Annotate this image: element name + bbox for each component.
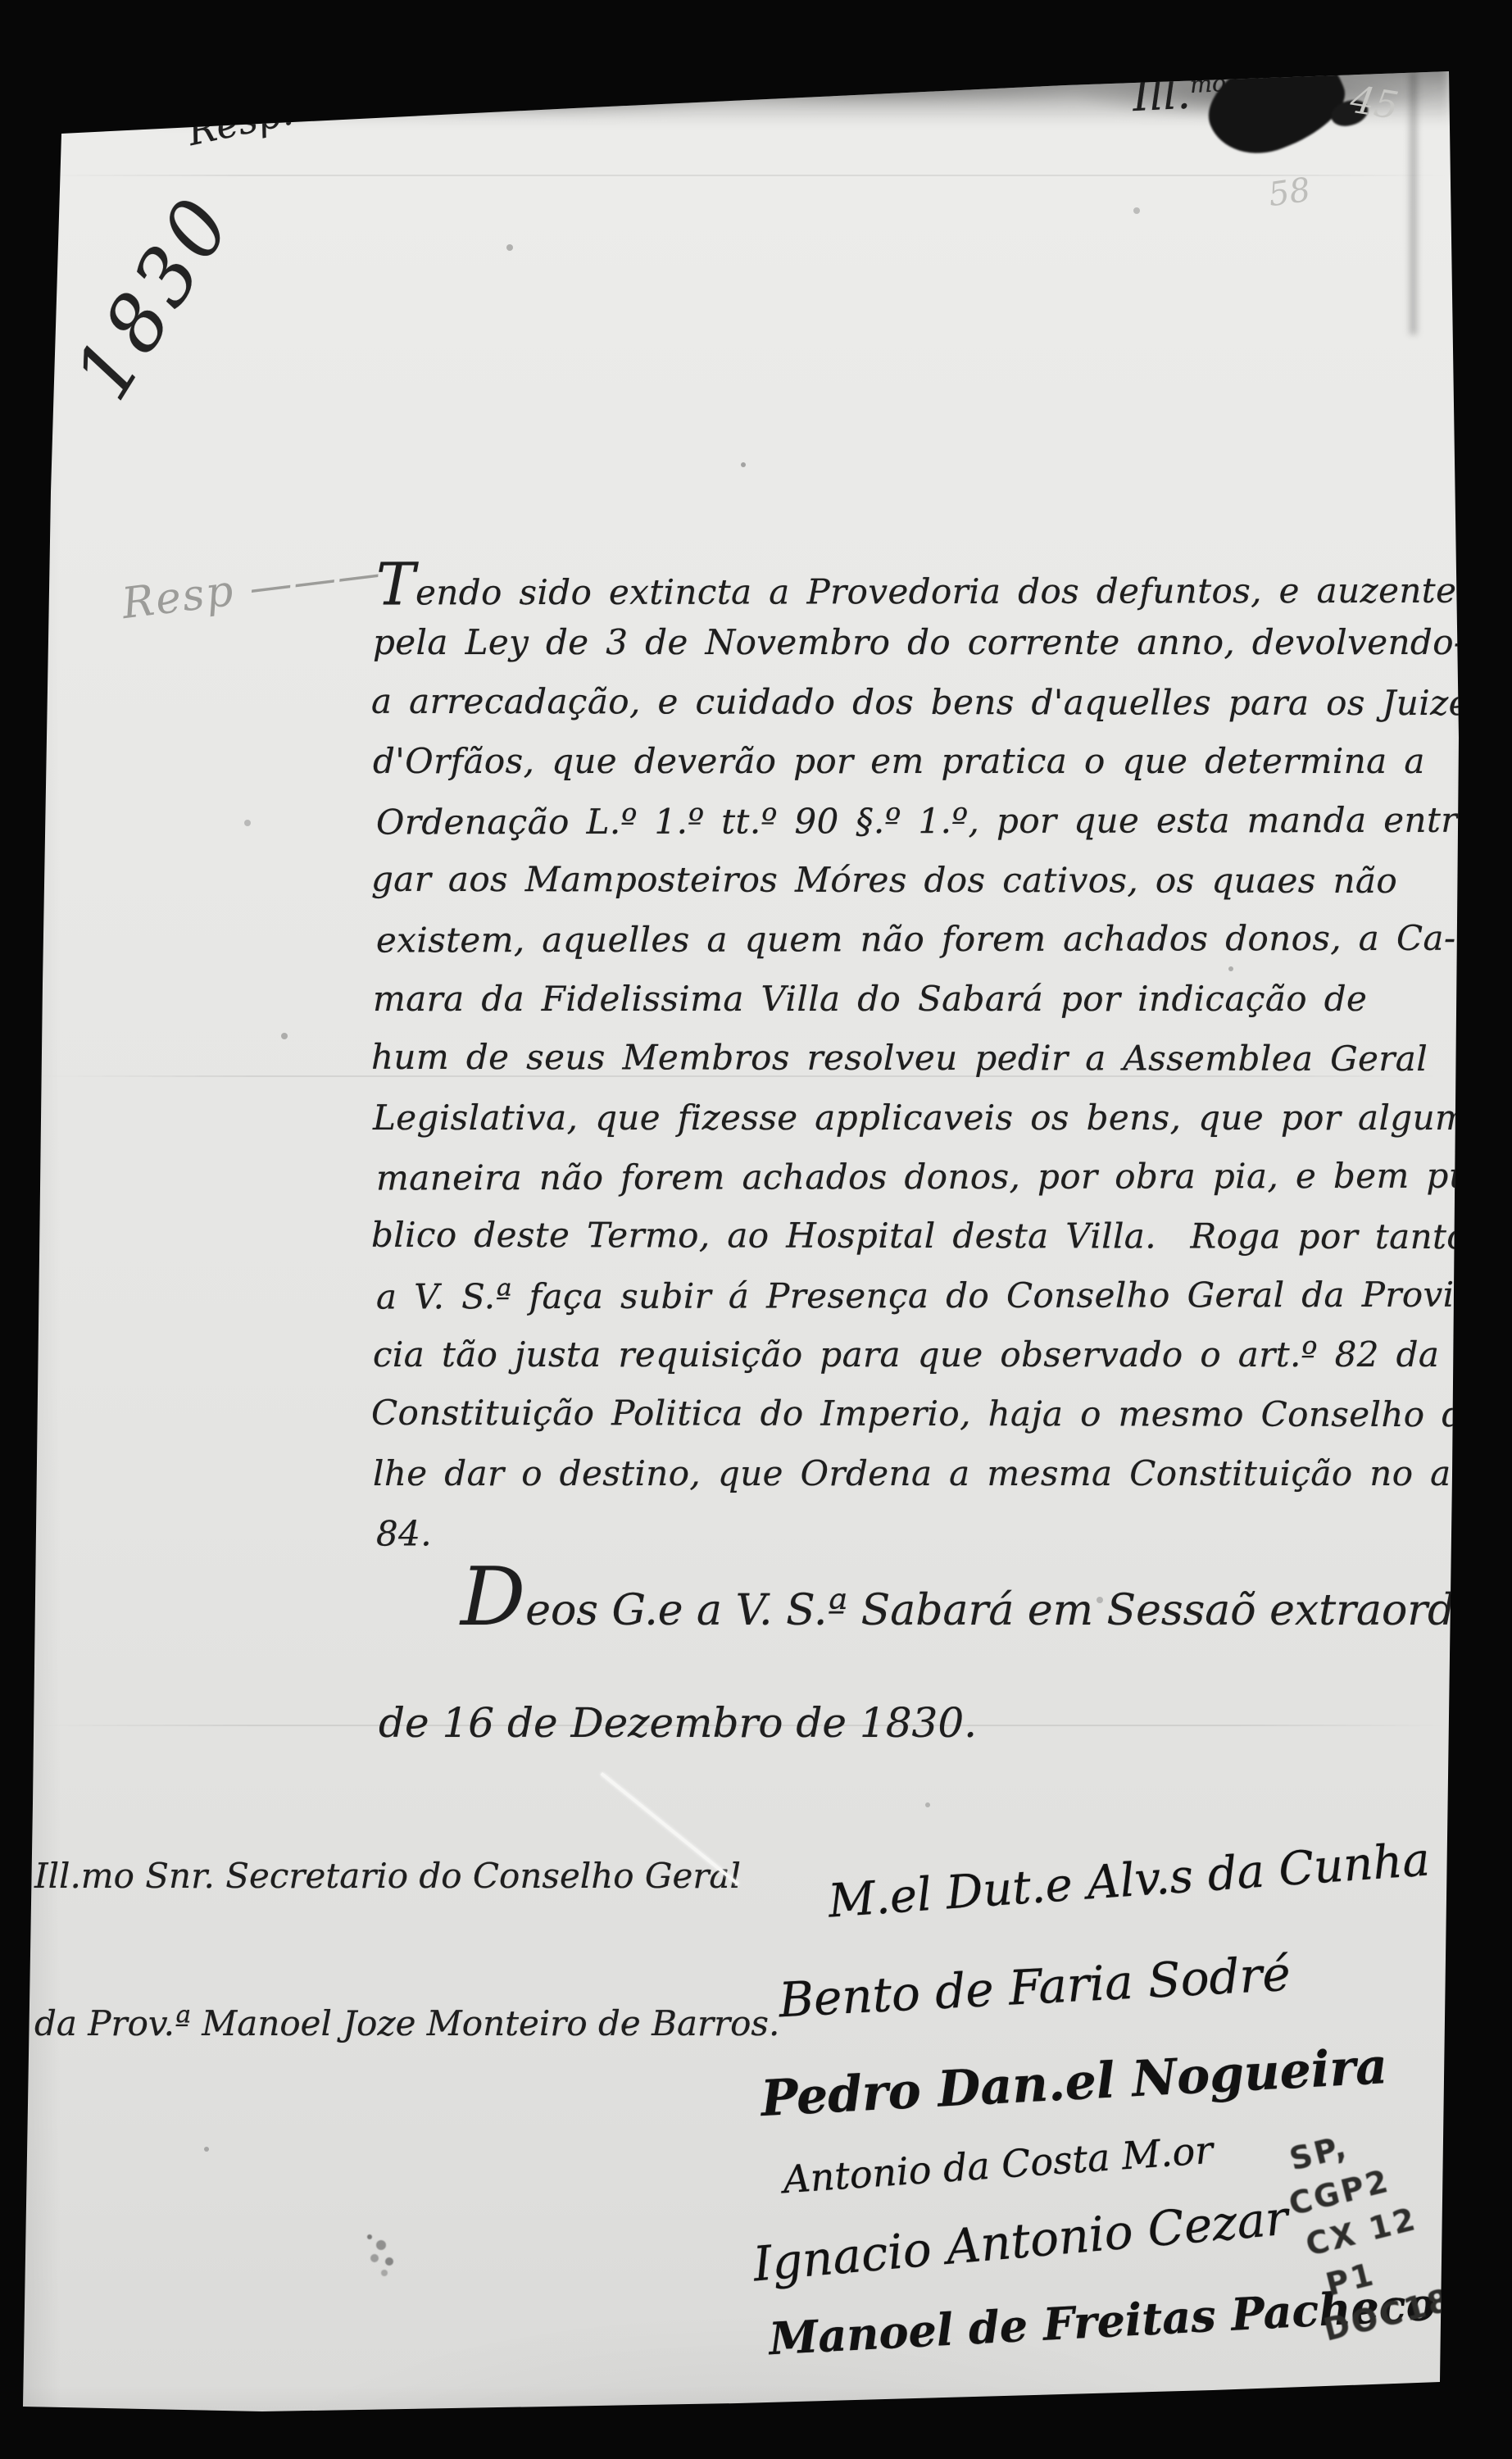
paper-specks (0, 0, 3, 3)
document-page: Resp.da 1830 Ill.mo Snr. 45 58 Resp ——— … (0, 0, 1512, 2459)
signatures-block: M.el Dut.e Alv.s da CunhaBento de Faria … (0, 0, 1512, 2459)
sig: Pedro Dan.el Nogueira (760, 2038, 1389, 2128)
sig: Bento de Faria Sodré (778, 1946, 1292, 2029)
scan-background: Resp.da 1830 Ill.mo Snr. 45 58 Resp ——— … (0, 0, 1512, 2459)
ink-smudge (367, 2234, 372, 2239)
sig: Ignacio Antonio Cezar (751, 2190, 1290, 2293)
sig: M.el Dut.e Alv.s da Cunha (827, 1833, 1432, 1928)
sig: Antonio da Costa M.or (782, 2128, 1215, 2202)
respondida-superscript: da (288, 86, 319, 115)
